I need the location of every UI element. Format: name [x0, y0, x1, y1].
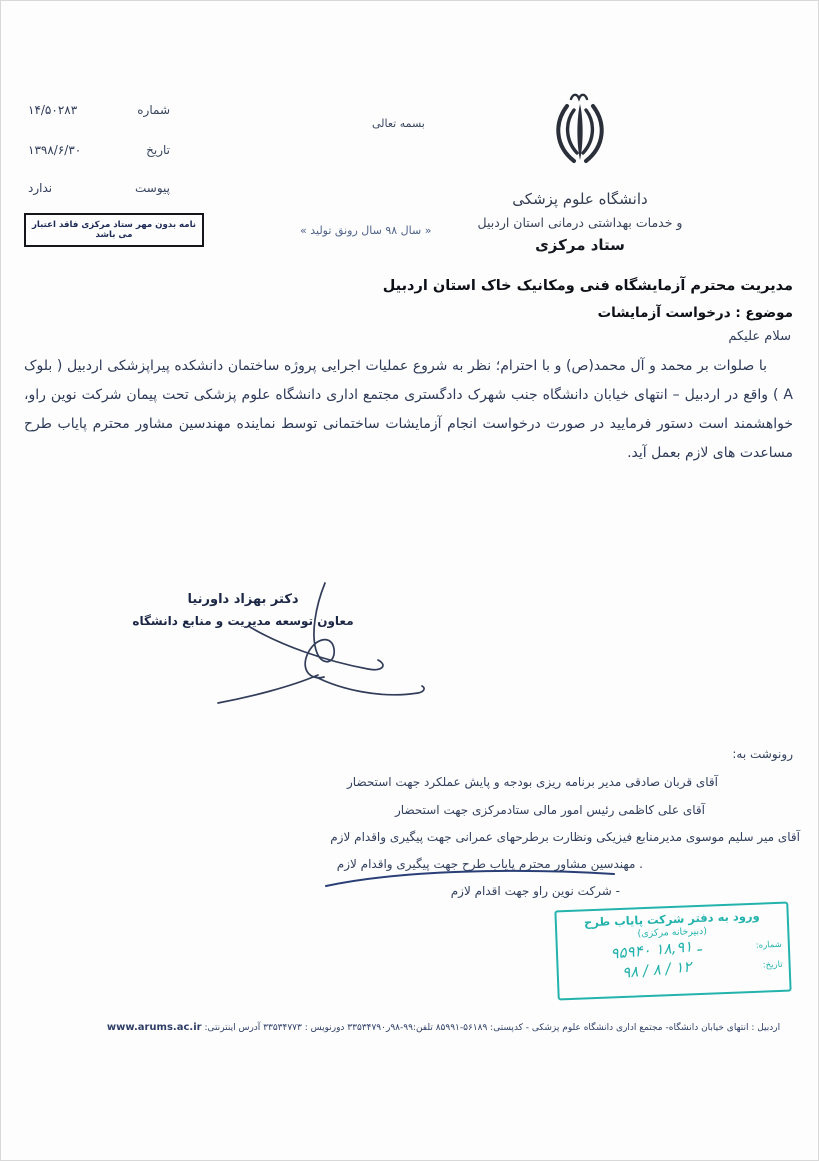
stamp-date-label: تاریخ:	[748, 960, 782, 971]
attachment-label: پیوست	[135, 181, 170, 195]
stamp-number-label: شماره:	[748, 940, 782, 951]
cc-item: آقای میر سلیم موسوی مدیرمنابع فیزیکی ونظ…	[330, 830, 800, 844]
salutation-line: سلام علیکم	[728, 329, 791, 344]
year-slogan: « سال ۹۸ سال رونق تولید »	[300, 224, 431, 237]
signature-block: دکتر بهزاد داورنیا معاون توسعه مدیریت و …	[128, 592, 358, 628]
attachment-row: پیوست ندارد	[28, 181, 170, 195]
number-label: شماره	[137, 103, 170, 117]
cc-item: - شرکت نوین راو جهت اقدام لازم	[451, 884, 620, 898]
cc-item: . مهندسین مشاور محترم پایاب طرح جهت پیگی…	[337, 857, 643, 871]
date-label: تاریخ	[146, 143, 170, 157]
date-value: ۱۳۹۸/۶/۳۰	[28, 143, 81, 157]
footer-address-text: اردبیل : انتهای خیابان دانشگاه- مجتمع اد…	[204, 1023, 780, 1033]
org-unit-name: ستاد مرکزی	[430, 236, 730, 254]
cc-item: آقای علی کاظمی رئیس امور مالی ستادمرکزی …	[395, 803, 705, 817]
validity-note-box: نامه بدون مهر ستاد مرکزی فاقد اعتبار می …	[24, 213, 204, 247]
footer-address-line: اردبیل : انتهای خیابان دانشگاه- مجتمع اد…	[86, 1022, 801, 1033]
handwritten-signature-icon	[120, 565, 450, 715]
scanned-letter-page: بسمه تعالی دانشگاه علوم پزشکی و خدمات به…	[0, 0, 819, 1161]
letterhead-org-block: دانشگاه علوم پزشکی و خدمات بهداشتی درمان…	[430, 190, 730, 254]
bismillah-text: بسمه تعالی	[372, 117, 425, 130]
iran-national-emblem-icon	[549, 92, 611, 168]
letter-number-row: شماره ۱۴/۵۰۲۸۳	[28, 103, 170, 117]
org-name-line2: و خدمات بهداشتی درمانی استان اردبیل	[430, 215, 730, 230]
signer-name: دکتر بهزاد داورنیا	[128, 592, 358, 607]
signer-title: معاون توسعه مدیریت و منابع دانشگاه	[128, 614, 358, 628]
recipient-line: مدیریت محترم آزمایشگاه فنی ومکانیک خاک ا…	[383, 278, 793, 294]
cc-item: آقای قربان صادقی مدیر برنامه ریزی بودجه …	[347, 775, 718, 789]
letter-date-row: تاریخ ۱۳۹۸/۶/۳۰	[28, 143, 170, 157]
attachment-value: ندارد	[28, 181, 52, 195]
number-value: ۱۴/۵۰۲۸۳	[28, 103, 77, 117]
subject-line: موضوع : درخواست آزمایشات	[598, 305, 793, 321]
received-stamp: ورود به دفتر شرکت پایاب طرح (دبیرخانه مر…	[554, 902, 791, 1001]
org-name-line1: دانشگاه علوم پزشکی	[430, 190, 730, 208]
footer-website-url: www.arums.ac.ir	[107, 1022, 202, 1033]
cc-heading: رونوشت به:	[732, 747, 793, 761]
letter-body-paragraph: با صلوات بر محمد و آل محمد(ص) و با احترا…	[24, 352, 793, 468]
